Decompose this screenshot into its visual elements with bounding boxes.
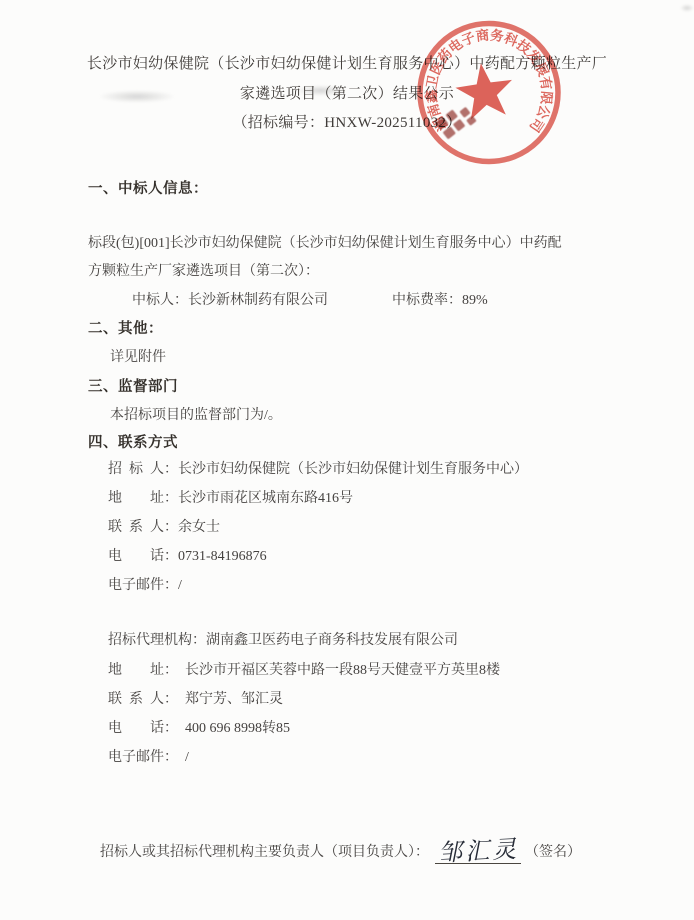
winner-row: 中标人：长沙新林制药有限公司中标费率：89% (132, 292, 488, 310)
document-title-line2: 家遴选项目（第二次）结果公示 (0, 82, 694, 103)
signature-row: 招标人或其招标代理机构主要负责人（项目负责人）：邹汇灵（签名） (100, 833, 581, 864)
agency-email-label: 电子邮件： (108, 750, 178, 765)
agency-contact-value: 郑宁芳、邹汇灵 (178, 692, 283, 707)
section1-heading: 一、中标人信息： (88, 180, 208, 198)
signature-suffix: （签名） (525, 845, 581, 860)
tenderer-email-value: / (178, 578, 182, 593)
agency-contact-label: 联 系 人： (108, 692, 178, 707)
tenderer-address-value: 长沙市雨花区城南东路416号 (178, 491, 353, 506)
tenderer-email-label: 电子邮件： (108, 578, 178, 593)
agency-row: 招标代理机构：湖南鑫卫医药电子商务科技发展有限公司 (108, 632, 458, 650)
section3-body: 本招标项目的监督部门为/。 (110, 407, 282, 425)
section2-heading: 二、其他： (88, 320, 163, 338)
rate-value: 89% (462, 293, 488, 308)
agency-row: 电子邮件： / (108, 749, 189, 767)
signature-label: 招标人或其招标代理机构主要负责人（项目负责人）： (100, 845, 429, 860)
agency-row: 电 话： 400 696 8998转85 (108, 720, 290, 738)
agency-phone-value: 400 696 8998转85 (178, 721, 290, 736)
section2-body: 详见附件 (110, 349, 166, 367)
tenderer-address-label: 地 址： (108, 491, 178, 506)
tenderer-phone-value: 0731-84196876 (178, 549, 267, 564)
agency-address-value: 长沙市开福区芙蓉中路一段88号天健壹平方英里8楼 (178, 663, 500, 678)
agency-address-label: 地 址： (108, 663, 178, 678)
tenderer-name-value: 长沙市妇幼保健院（长沙市妇幼保健计划生育服务中心） (178, 462, 528, 477)
tenderer-row: 招 标 人：长沙市妇幼保健院（长沙市妇幼保健计划生育服务中心） (108, 461, 528, 479)
document-title-line1: 长沙市妇幼保健院（长沙市妇幼保健计划生育服务中心）中药配方颗粒生产厂 (0, 52, 694, 73)
agency-row: 地 址： 长沙市开福区芙蓉中路一段88号天健壹平方英里8楼 (108, 662, 500, 680)
agency-name-label: 招标代理机构： (108, 633, 206, 648)
tenderer-row: 联 系 人：余女士 (108, 519, 220, 537)
section1-paragraph-line1: 标段(包)[001]长沙市妇幼保健院（长沙市妇幼保健计划生育服务中心）中药配 (88, 235, 562, 253)
tenderer-phone-label: 电 话： (108, 549, 178, 564)
seal-inner-marks (435, 102, 477, 142)
tenderer-contact-label: 联 系 人： (108, 520, 178, 535)
document-page: 长沙市妇幼保健院（长沙市妇幼保健计划生育服务中心）中药配方颗粒生产厂 家遴选项目… (0, 0, 694, 920)
agency-row: 联 系 人： 郑宁芳、邹汇灵 (108, 691, 283, 709)
tenderer-name-label: 招 标 人： (108, 462, 178, 477)
tender-number-line: （招标编号：HNXW-202511032） (0, 111, 694, 132)
handwritten-signature: 邹汇灵 (437, 834, 519, 868)
signature-underline: 邹汇灵 (435, 833, 521, 864)
tenderer-row: 电子邮件：/ (108, 577, 182, 595)
tenderer-contact-value: 余女士 (178, 520, 220, 535)
section4-heading: 四、联系方式 (88, 434, 178, 452)
section1-paragraph-line2: 方颗粒生产厂家遴选项目（第二次）： (88, 263, 319, 281)
scan-artifact (680, 4, 694, 12)
winner-value: 长沙新林制药有限公司 (188, 293, 328, 308)
agency-name-value: 湖南鑫卫医药电子商务科技发展有限公司 (206, 633, 458, 648)
tenderer-row: 电 话：0731-84196876 (108, 548, 267, 566)
rate-label: 中标费率： (392, 293, 462, 308)
tenderer-row: 地 址：长沙市雨花区城南东路416号 (108, 490, 353, 508)
agency-phone-label: 电 话： (108, 721, 178, 736)
official-seal: 湖南鑫卫医药电子商务科技发展有限公司 (406, 9, 572, 175)
winner-label: 中标人： (132, 293, 188, 308)
section3-heading: 三、监督部门 (88, 378, 178, 396)
agency-email-value: / (178, 750, 189, 765)
